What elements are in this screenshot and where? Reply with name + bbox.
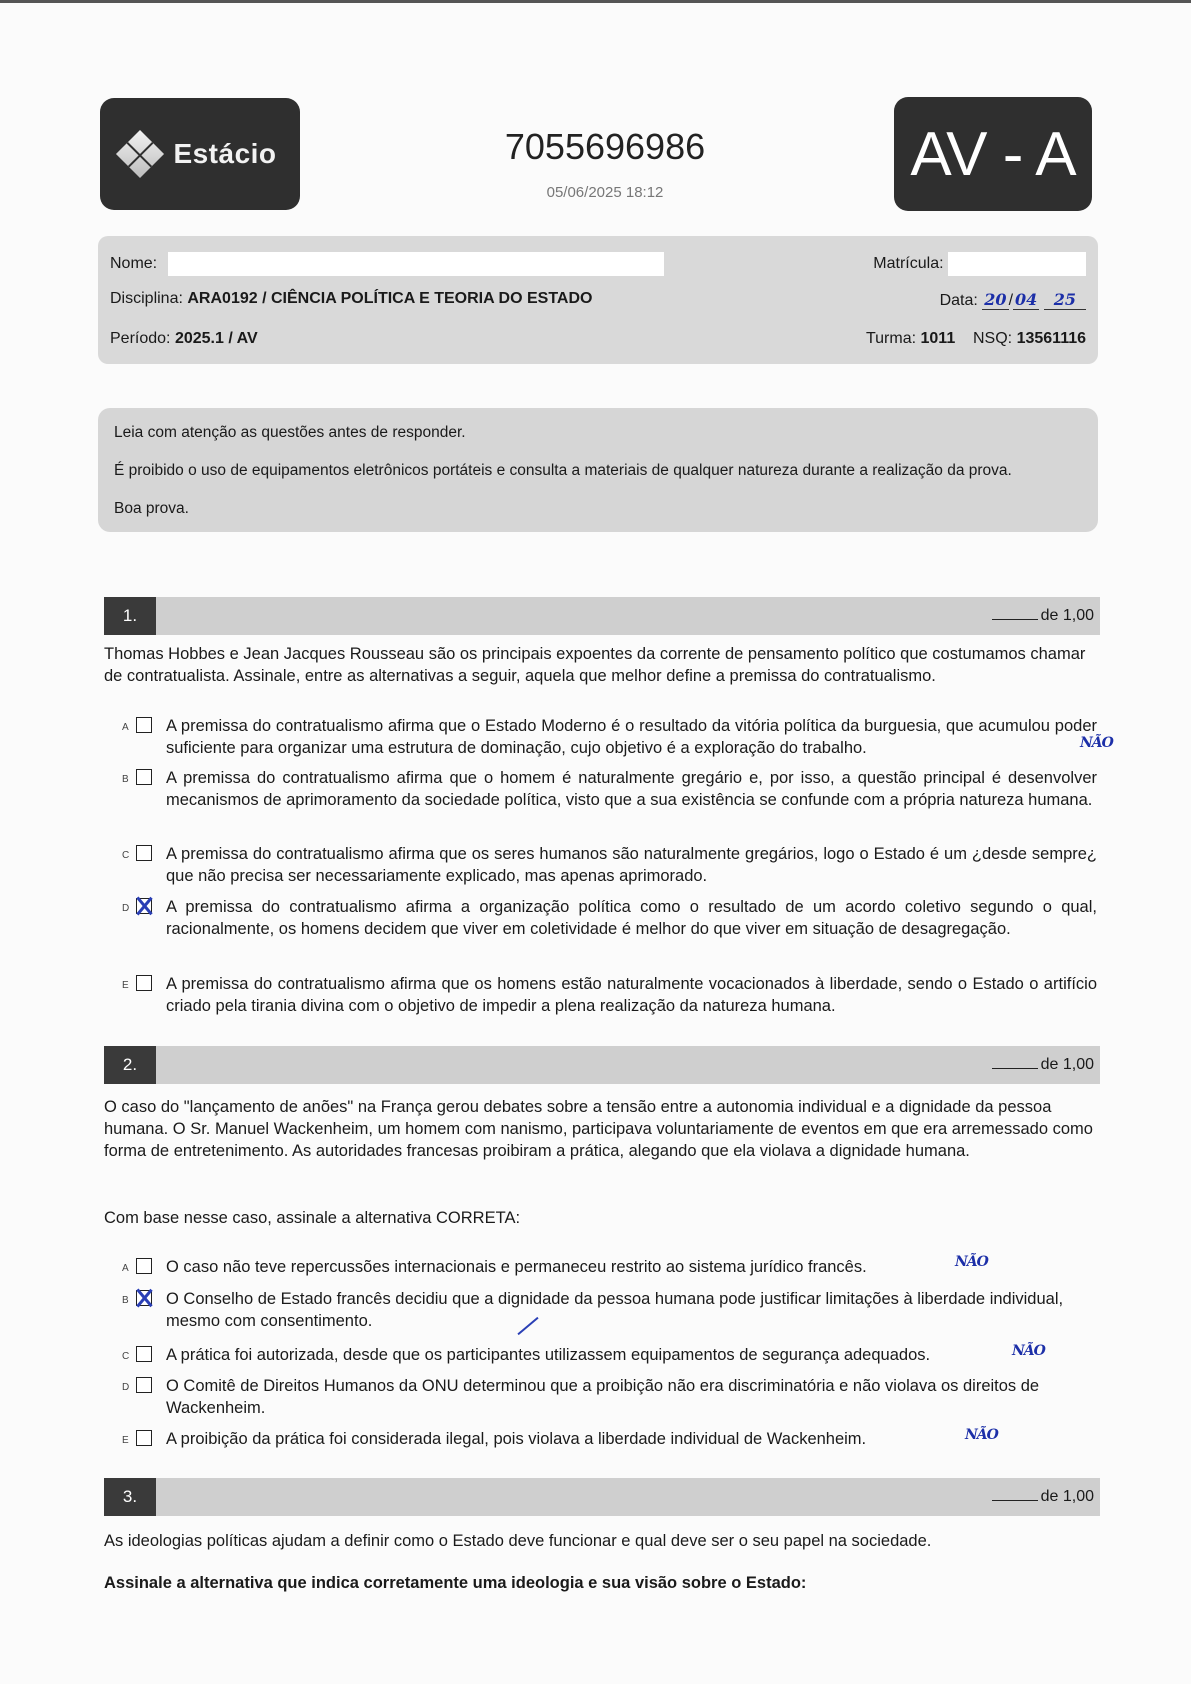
option-text: A premissa do contratualismo afirma que … (166, 973, 1097, 1017)
matricula-group: Matrícula: (873, 252, 1086, 276)
option-letter: A (122, 1258, 129, 1280)
option-letter: A (122, 717, 129, 739)
turma-nsq-group: Turma: 1011 NSQ: 13561116 (866, 330, 1086, 348)
score-blank[interactable] (992, 1500, 1038, 1501)
data-label: Data: (940, 292, 978, 309)
option-letter: D (122, 1377, 129, 1399)
option-letter: C (122, 1346, 129, 1368)
question-3-prompt: Assinale a alternativa que indica corret… (104, 1572, 1104, 1594)
exam-code: 7055696986 (400, 126, 810, 168)
checked-checkbox-x-icon[interactable] (136, 898, 152, 914)
matricula-label: Matrícula: (873, 255, 943, 272)
handwritten-annotation: NÃO (1012, 1343, 1045, 1359)
question-3-header: 3. de 1,00 (104, 1478, 1100, 1516)
q1-option-c[interactable]: C A premissa do contratualismo afirma qu… (122, 843, 1097, 887)
question-3-statement: As ideologias políticas ajudam a definir… (104, 1530, 1104, 1552)
handwritten-annotation: NÃO (955, 1254, 988, 1270)
matricula-field[interactable] (948, 252, 1086, 276)
question-number: 3. (104, 1478, 156, 1516)
data-year[interactable]: 25 (1044, 290, 1086, 310)
diamond-logo-icon (116, 130, 164, 178)
score-blank[interactable] (992, 1068, 1038, 1069)
instruction-good-luck: Boa prova. (114, 500, 189, 518)
option-text: A premissa do contratualismo afirma que … (166, 767, 1097, 811)
exam-type-badge: AV - A (894, 97, 1092, 211)
score-suffix: de 1,00 (1041, 607, 1094, 624)
option-letter: E (122, 1430, 129, 1452)
handwritten-annotation: NÃO (965, 1427, 998, 1443)
checkbox[interactable] (136, 1258, 152, 1274)
checked-checkbox-x-icon[interactable] (136, 1290, 152, 1306)
nome-label: Nome: (110, 255, 157, 272)
checkbox[interactable] (136, 769, 152, 785)
exam-type: AV - A (910, 119, 1075, 190)
exam-datetime: 05/06/2025 18:12 (400, 184, 810, 201)
info-row-period: Período: 2025.1 / AV Turma: 1011 NSQ: 13… (110, 330, 1086, 348)
instruction-prohibited: É proibido o uso de equipamentos eletrôn… (114, 462, 1012, 480)
turma-label: Turma: (866, 330, 916, 347)
checkbox[interactable] (136, 1430, 152, 1446)
info-row-discipline: Disciplina: ARA0192 / CIÊNCIA POLÍTICA E… (110, 290, 1086, 308)
option-text: O Comitê de Direitos Humanos da ONU dete… (166, 1375, 1086, 1419)
turma-value: 1011 (921, 330, 956, 347)
nsq-label: NSQ: (973, 330, 1012, 347)
option-letter: E (122, 975, 129, 997)
score-blank[interactable] (992, 619, 1038, 620)
q2-option-e[interactable]: E A proibição da prática foi considerada… (122, 1428, 1097, 1450)
page-top-edge (0, 0, 1191, 3)
option-text: A prática foi autorizada, desde que os p… (166, 1344, 1097, 1366)
nsq-value: 13561116 (1017, 330, 1086, 347)
q2-option-d[interactable]: D O Comitê de Direitos Humanos da ONU de… (122, 1375, 1097, 1419)
checkbox[interactable] (136, 717, 152, 733)
disciplina-value: ARA0192 / CIÊNCIA POLÍTICA E TEORIA DO E… (187, 290, 592, 307)
q1-option-e[interactable]: E A premissa do contratualismo afirma qu… (122, 973, 1097, 1017)
checkbox[interactable] (136, 1346, 152, 1362)
data-month[interactable]: 04 (1013, 290, 1039, 310)
question-score: de 1,00 (992, 1056, 1094, 1074)
data-group: Data: 20/04 25 (940, 290, 1086, 310)
logo-text: Estácio (173, 138, 276, 170)
question-2-header: 2. de 1,00 (104, 1046, 1100, 1084)
question-number: 1. (104, 597, 156, 635)
checkbox[interactable] (136, 845, 152, 861)
periodo-label: Período: (110, 330, 170, 347)
periodo-value: 2025.1 / AV (175, 330, 258, 347)
instructions-panel: Leia com atenção as questões antes de re… (98, 408, 1098, 532)
option-letter: C (122, 845, 129, 867)
q2-option-b[interactable]: B O Conselho de Estado francês decidiu q… (122, 1288, 1097, 1332)
question-1-header: 1. de 1,00 (104, 597, 1100, 635)
estacio-logo: Estácio (100, 98, 300, 210)
score-suffix: de 1,00 (1041, 1488, 1094, 1505)
option-letter: D (122, 898, 129, 920)
nome-field[interactable] (168, 252, 664, 276)
student-info-panel: Nome: Matrícula: Disciplina: ARA0192 / C… (98, 236, 1098, 364)
handwritten-annotation: NÃO (1080, 735, 1113, 751)
info-row-name: Nome: Matrícula: (110, 252, 1086, 276)
q2-option-a[interactable]: A O caso não teve repercussões internaci… (122, 1256, 1097, 1278)
disciplina-label: Disciplina: (110, 290, 183, 307)
option-text: A premissa do contratualismo afirma que … (166, 715, 1097, 759)
option-text: O Conselho de Estado francês decidiu que… (166, 1288, 1097, 1332)
checkbox[interactable] (136, 1377, 152, 1393)
option-text: A proibição da prática foi considerada i… (166, 1428, 1097, 1450)
question-number: 2. (104, 1046, 156, 1084)
score-suffix: de 1,00 (1041, 1056, 1094, 1073)
question-score: de 1,00 (992, 607, 1094, 625)
q1-option-d[interactable]: D A premissa do contratualismo afirma a … (122, 896, 1097, 940)
instruction-read: Leia com atenção as questões antes de re… (114, 424, 466, 442)
question-2-prompt: Com base nesse caso, assinale a alternat… (104, 1207, 1104, 1229)
data-day[interactable]: 20 (982, 290, 1008, 310)
question-score: de 1,00 (992, 1488, 1094, 1506)
option-letter: B (122, 1290, 129, 1312)
q1-option-a[interactable]: A A premissa do contratualismo afirma qu… (122, 715, 1097, 759)
question-1-statement: Thomas Hobbes e Jean Jacques Rousseau sã… (104, 643, 1104, 687)
q1-option-b[interactable]: B A premissa do contratualismo afirma qu… (122, 767, 1097, 811)
option-text: A premissa do contratualismo afirma a or… (166, 896, 1097, 940)
checkbox[interactable] (136, 975, 152, 991)
q2-option-c[interactable]: C A prática foi autorizada, desde que os… (122, 1344, 1097, 1366)
option-text: A premissa do contratualismo afirma que … (166, 843, 1097, 887)
question-2-statement: O caso do "lançamento de anões" na Franç… (104, 1096, 1104, 1162)
option-letter: B (122, 769, 129, 791)
